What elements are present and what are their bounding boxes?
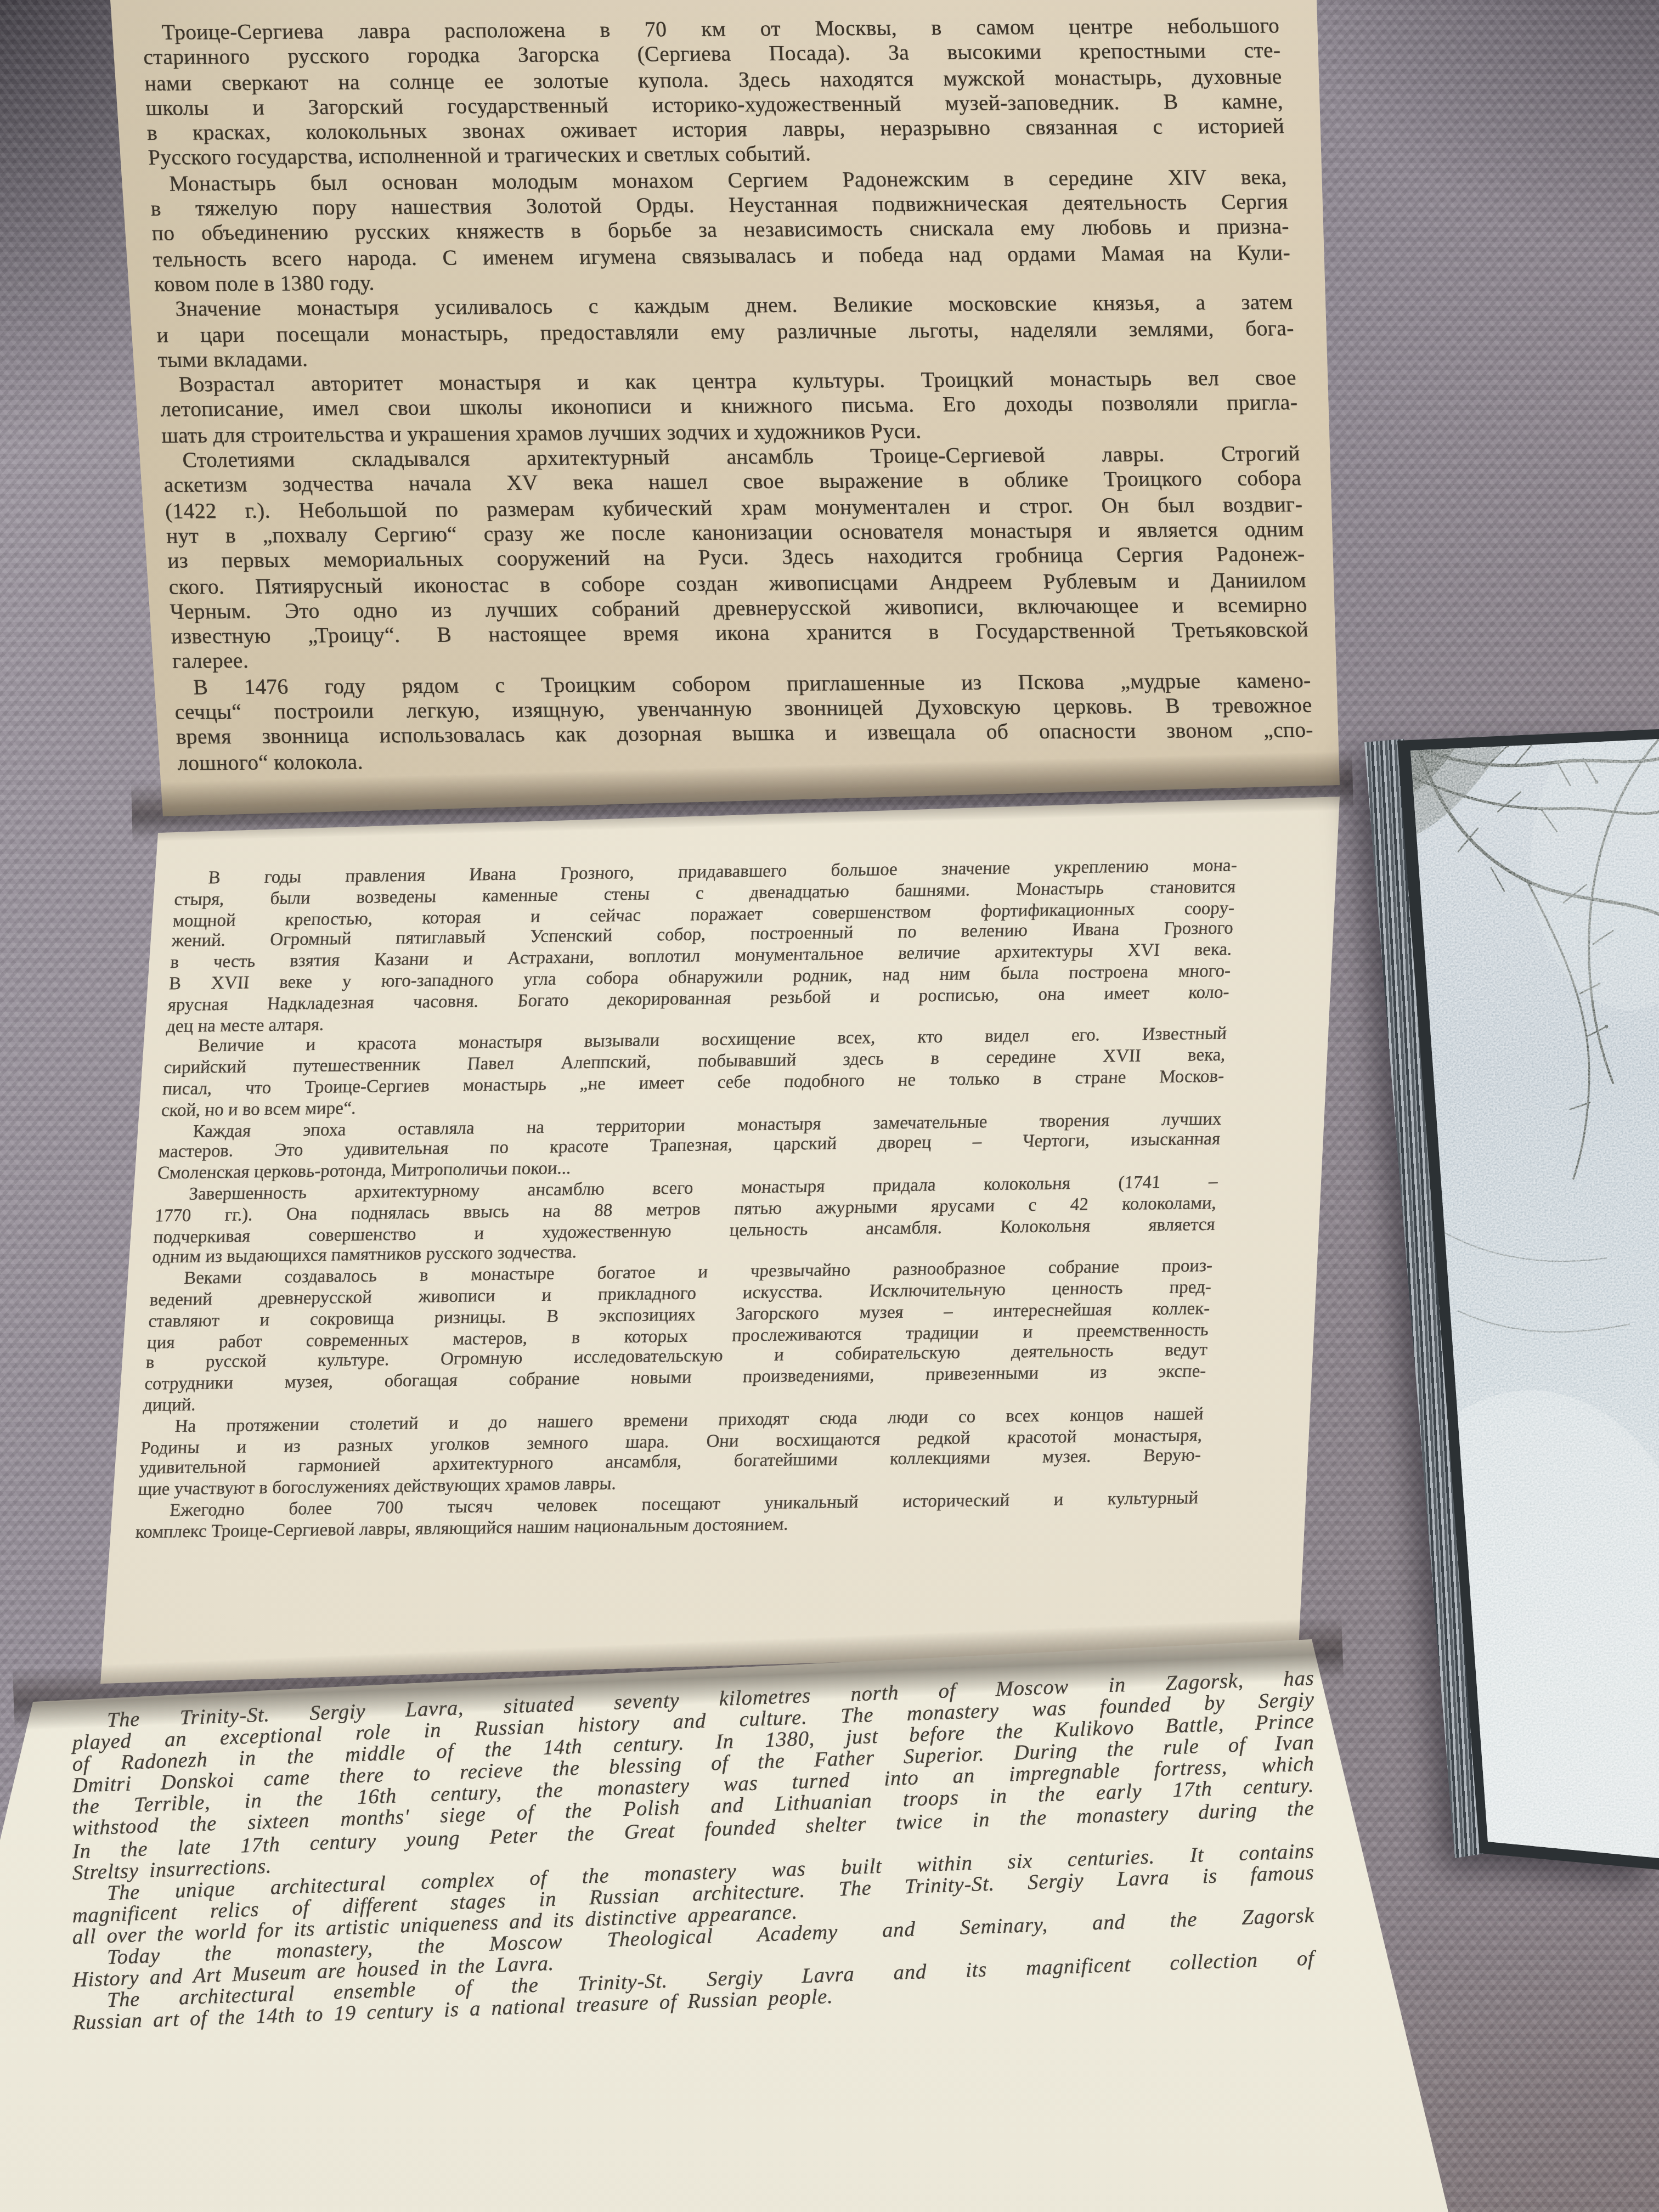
postcard-stack <box>0 0 1659 2212</box>
photo-of-booklet: Троице-Сергиева лавра расположена в 70 к… <box>0 0 1659 2212</box>
postcard-stack-edges <box>0 0 1659 2212</box>
